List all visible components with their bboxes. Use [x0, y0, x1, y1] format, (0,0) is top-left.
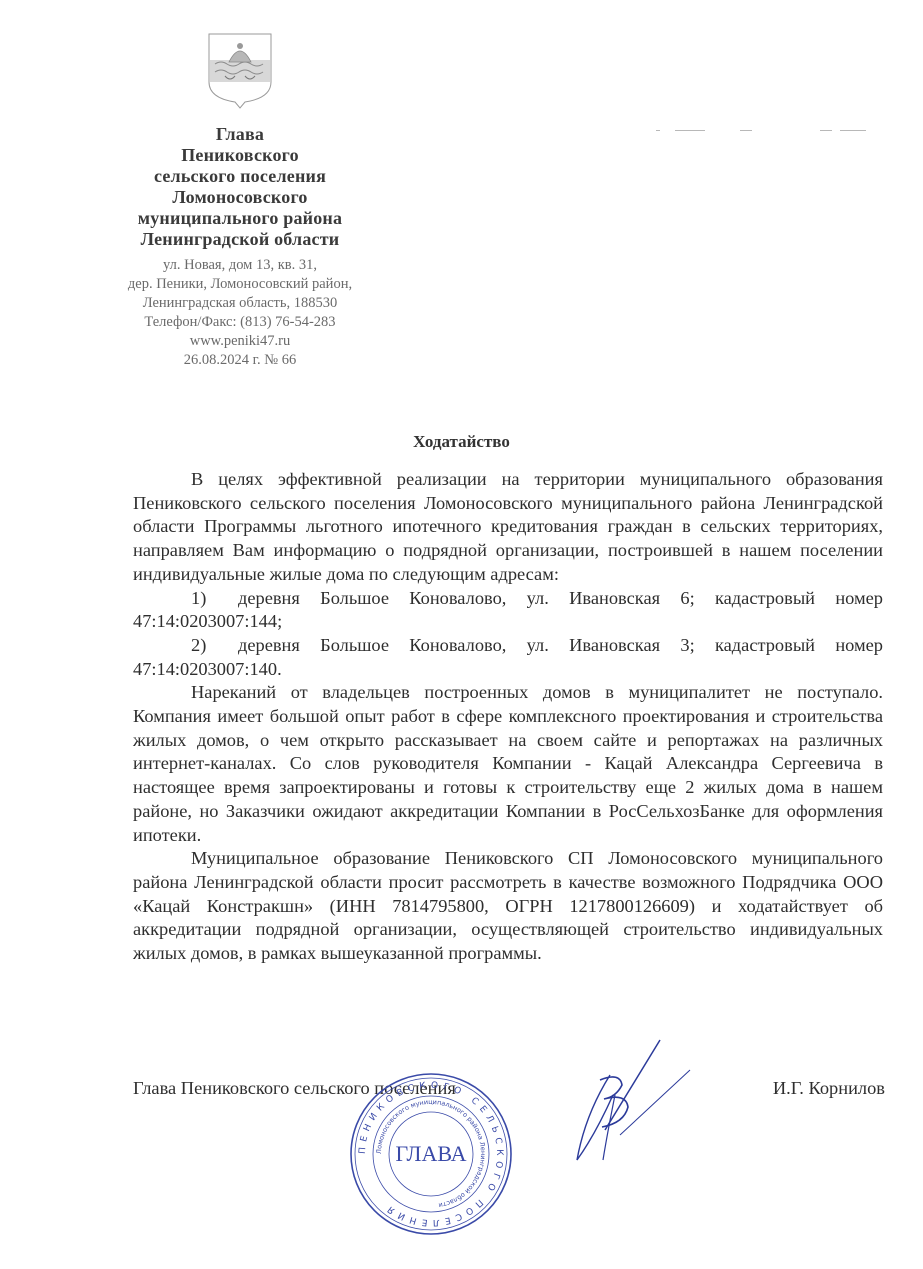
coat-of-arms-icon — [205, 30, 275, 110]
paragraph: В целях эффективной реализации на террит… — [133, 468, 883, 587]
org-line: Пениковского — [90, 145, 390, 166]
list-item-number: 1) — [191, 587, 238, 611]
org-line: Глава — [90, 124, 390, 145]
paragraph: Муниципальное образование Пениковского С… — [133, 847, 883, 966]
date-and-number: 26.08.2024 г. № 66 — [90, 351, 390, 370]
phone-fax: Телефон/Факс: (813) 76-54-283 — [90, 313, 390, 332]
list-item: 2)деревня Большое Коновалово, ул. Иванов… — [133, 634, 883, 681]
org-line: муниципального района — [90, 208, 390, 229]
address-line: ул. Новая, дом 13, кв. 31, — [90, 256, 390, 275]
address-line: дер. Пеники, Ломоносовский район, — [90, 275, 390, 294]
org-address: ул. Новая, дом 13, кв. 31, дер. Пеники, … — [90, 256, 390, 370]
org-line: Ломоносовского — [90, 187, 390, 208]
official-stamp-icon: ПЕНИКОВСКОГО СЕЛЬСКОГО ПОСЕЛЕНИЯ Ломонос… — [347, 1070, 515, 1238]
handwritten-signature-icon — [565, 1035, 695, 1170]
website: www.peniki47.ru — [90, 332, 390, 351]
stamp-center-text: ГЛАВА — [395, 1141, 466, 1166]
list-item-number: 2) — [191, 634, 238, 658]
faint-recipient-lines — [650, 128, 870, 134]
org-name: Глава Пениковского сельского поселения Л… — [90, 124, 390, 250]
list-item-text: деревня Большое Коновалово, ул. Ивановск… — [133, 588, 883, 632]
list-item: 1)деревня Большое Коновалово, ул. Иванов… — [133, 587, 883, 634]
org-line: сельского поселения — [90, 166, 390, 187]
address-line: Ленинградская область, 188530 — [90, 294, 390, 313]
org-line: Ленинградской области — [90, 229, 390, 250]
signer-name: И.Г. Корнилов — [773, 1078, 885, 1099]
letterhead: Глава Пениковского сельского поселения Л… — [90, 30, 390, 370]
document-body: В целях эффективной реализации на террит… — [133, 468, 883, 966]
paragraph: Нареканий от владельцев построенных домо… — [133, 681, 883, 847]
document-title: Ходатайство — [0, 432, 923, 452]
list-item-text: деревня Большое Коновалово, ул. Ивановск… — [133, 635, 883, 679]
letter-page: Глава Пениковского сельского поселения Л… — [0, 0, 923, 1269]
